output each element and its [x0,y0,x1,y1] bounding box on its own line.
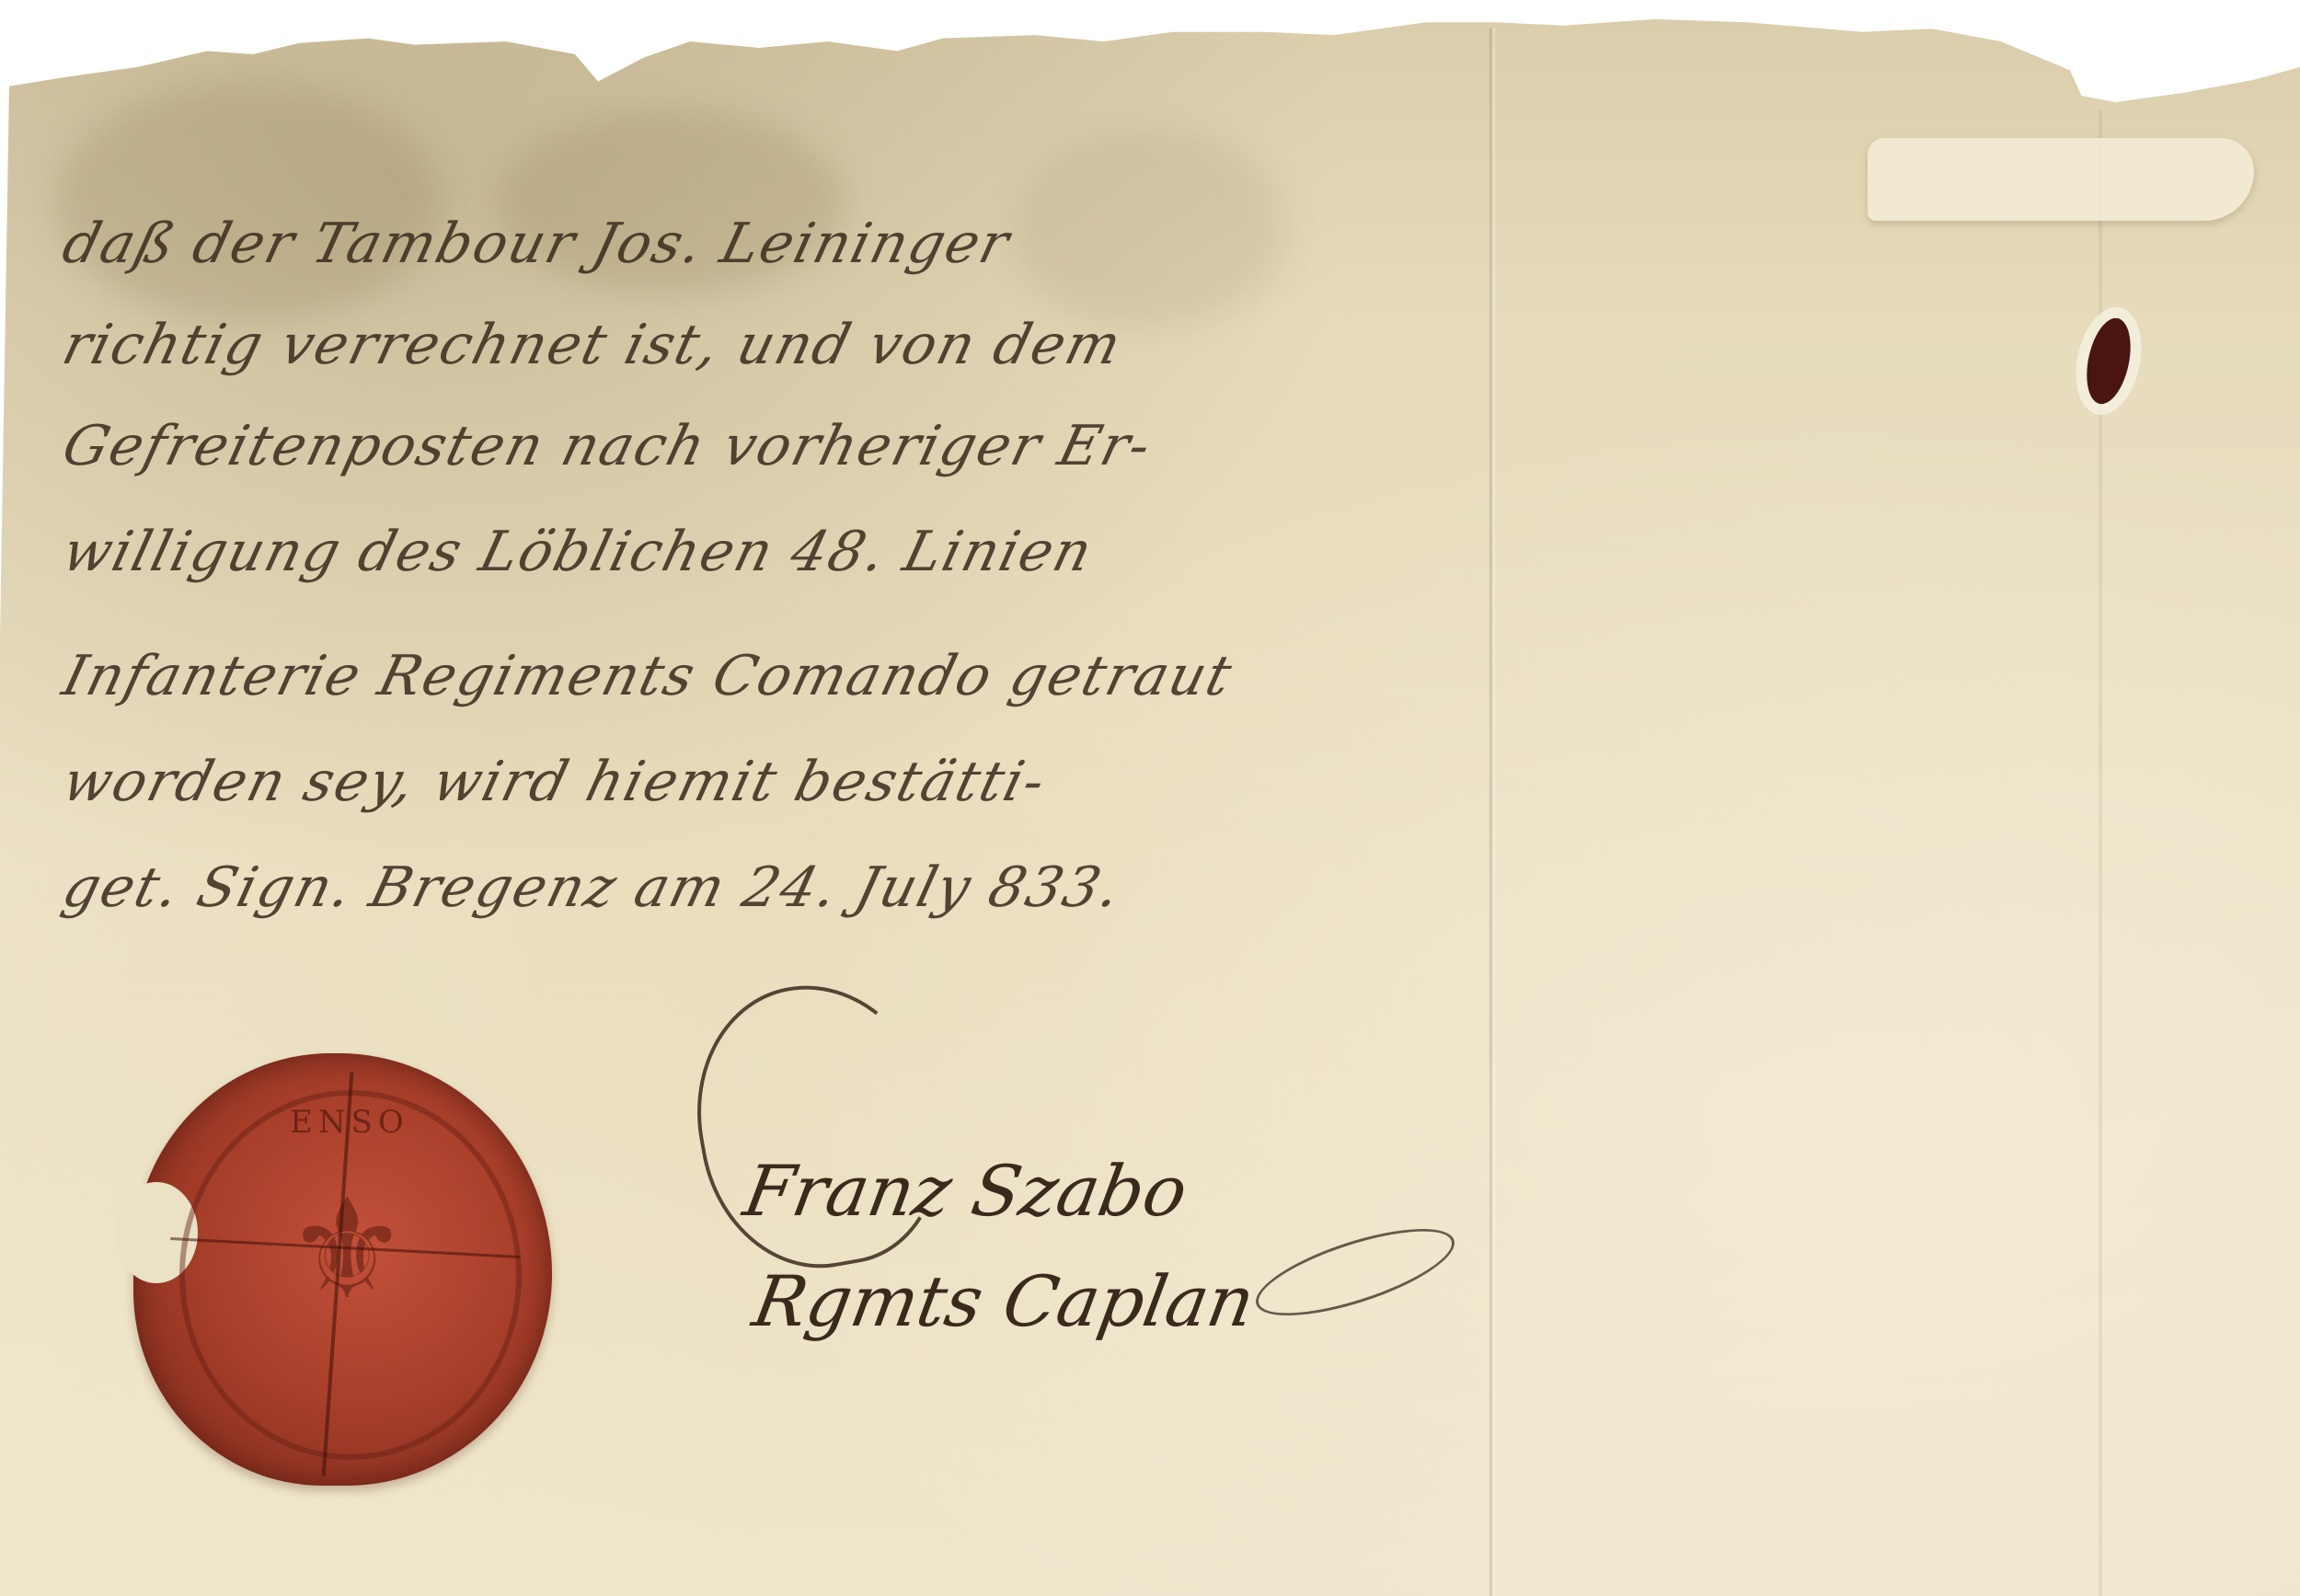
signature-title: Rgmts Caplan [747,1260,1260,1342]
document-scan: daß der Tambour Jos. Leininger richtig v… [0,0,2300,1596]
wax-seal: ENSO ⚜ [115,1035,570,1504]
body-line-3: Gefreitenposten nach vorheriger Er- [56,414,1158,478]
signature-name: Franz Szabo [738,1150,1193,1232]
body-line-4: willigung des Löblichen 48. Linien [56,520,1099,584]
water-stain [1012,129,1288,331]
signature-paraph [1247,1211,1463,1334]
water-stain [55,83,442,322]
signature-flourish-loop [676,966,960,1286]
body-line-5: Infanterie Regiments Comando getraut [56,644,1239,708]
body-line-2: richtig verrechnet ist, und von dem [56,313,1129,377]
body-line-6: worden sey, wird hiemit bestätti- [56,750,1052,814]
torn-paper-flap [1868,138,2254,221]
body-line-1: daß der Tambour Jos. Leininger [56,212,1017,276]
body-line-7-date: get. Sign. Bregenz am 24. July 833. [56,855,1128,920]
signature-block: Franz Szabo Rgmts Caplan [681,966,1509,1444]
